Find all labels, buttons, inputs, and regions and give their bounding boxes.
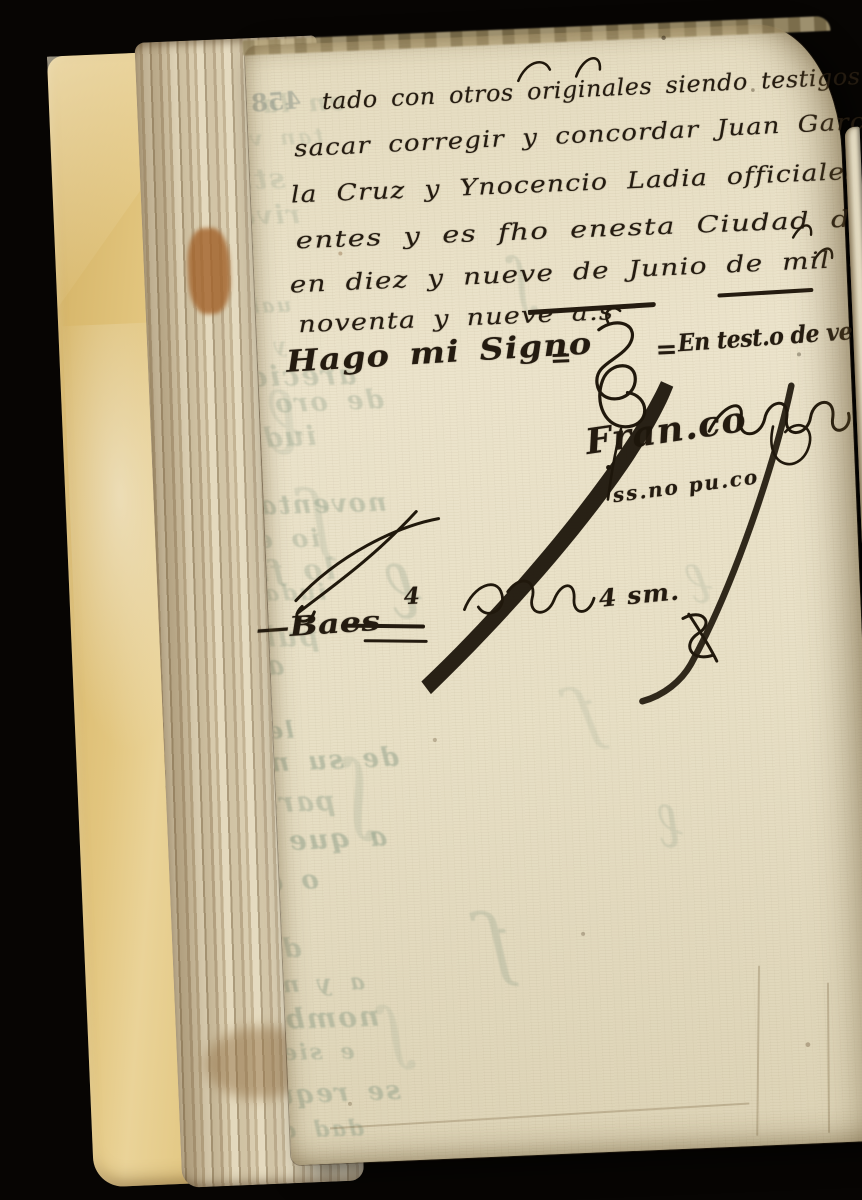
date-rule-2	[717, 288, 813, 298]
signature-name: Fran.co	[583, 399, 750, 463]
manuscript-line-4: entes y es fho enesta Ciudad de Manila	[295, 201, 862, 255]
attestation-phrase: En test.o de verdad	[677, 312, 862, 357]
ink-text-layer: tado con otros originales siendo testigo…	[245, 22, 862, 1166]
photo-backdrop: en la ciudad de manila en nueve dias del…	[0, 0, 862, 1200]
book: en la ciudad de manila en nueve dias del…	[16, 0, 862, 1200]
manuscript-line-1: tado con otros originales siendo testigo…	[321, 59, 862, 115]
fee-numeral-underline-1	[341, 624, 425, 629]
notarial-sign-dot	[606, 465, 611, 470]
notarial-sign-knot	[594, 322, 645, 428]
fee-rubric	[683, 613, 717, 662]
fee-numeral-underline-2	[364, 639, 428, 643]
ascender-curl-2	[575, 58, 600, 76]
manuscript-page: en la ciudad de manila en nueve dias del…	[245, 22, 862, 1166]
manuscript-line-3: la Cruz y Ynocencio Ladia officiales esc…	[290, 154, 862, 209]
fee-word-flourish	[463, 578, 594, 616]
fee-note-suffix: 4 sm.	[597, 576, 681, 613]
manuscript-line-2: sacar corregir y concordar Juan Garcia d…	[293, 105, 862, 162]
equals-mark-2: =	[655, 334, 678, 365]
signature-surname-descender	[771, 425, 811, 465]
fee-note-numeral: 4	[403, 582, 420, 610]
stack-stain	[186, 227, 232, 315]
equals-mark-1: =	[549, 343, 572, 374]
signature-office: ss.no pu.co	[611, 464, 760, 507]
notarial-sign-tail	[600, 308, 628, 500]
